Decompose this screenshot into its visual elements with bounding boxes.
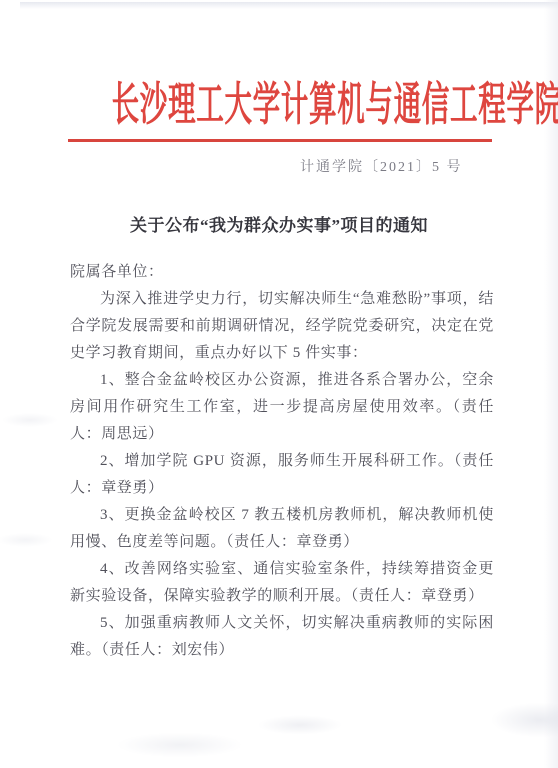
item-2-paragraph: 2、增加学院 GPU 资源，服务师生开展科研工作。（责任人：章登勇） (70, 448, 494, 502)
notice-title: 关于公布“我为群众办实事”项目的通知 (0, 211, 558, 236)
item-3-paragraph: 3、更换金盆岭校区 7 教五楼机房教师机，解决教师机使用慢、色度差等问题。（责任… (70, 502, 494, 556)
scanned-document-page: 长沙理工大学计算机与通信工程学院 计通学院〔2021〕5 号 关于公布“我为群众… (0, 0, 558, 768)
intro-paragraph: 为深入推进学史力行，切实解决师生“急难愁盼”事项，结合学院发展需要和前期调研情况… (70, 286, 494, 367)
letterhead-red-divider (68, 139, 492, 142)
notice-body: 院属各单位： 为深入推进学史力行，切实解决师生“急难愁盼”事项，结合学院发展需要… (70, 259, 494, 664)
item-4-paragraph: 4、改善网络实验室、通信实验室条件，持续筹措资金更新实验设备，保障实验教学的顺利… (70, 556, 494, 610)
page-edge-shading-top (20, 2, 558, 9)
document-reference-number: 计通学院〔2021〕5 号 (300, 156, 463, 176)
item-5-paragraph: 5、加强重病教师人文关怀，切实解决重病教师的实际困难。（责任人：刘宏伟） (70, 610, 494, 664)
item-1-paragraph: 1、整合金盆岭校区办公资源，推进各系合署办公，空余房间用作研究生工作室，进一步提… (70, 367, 494, 448)
letterhead-organization-title: 长沙理工大学计算机与通信工程学院 (112, 68, 447, 134)
salutation-line: 院属各单位： (70, 259, 494, 286)
